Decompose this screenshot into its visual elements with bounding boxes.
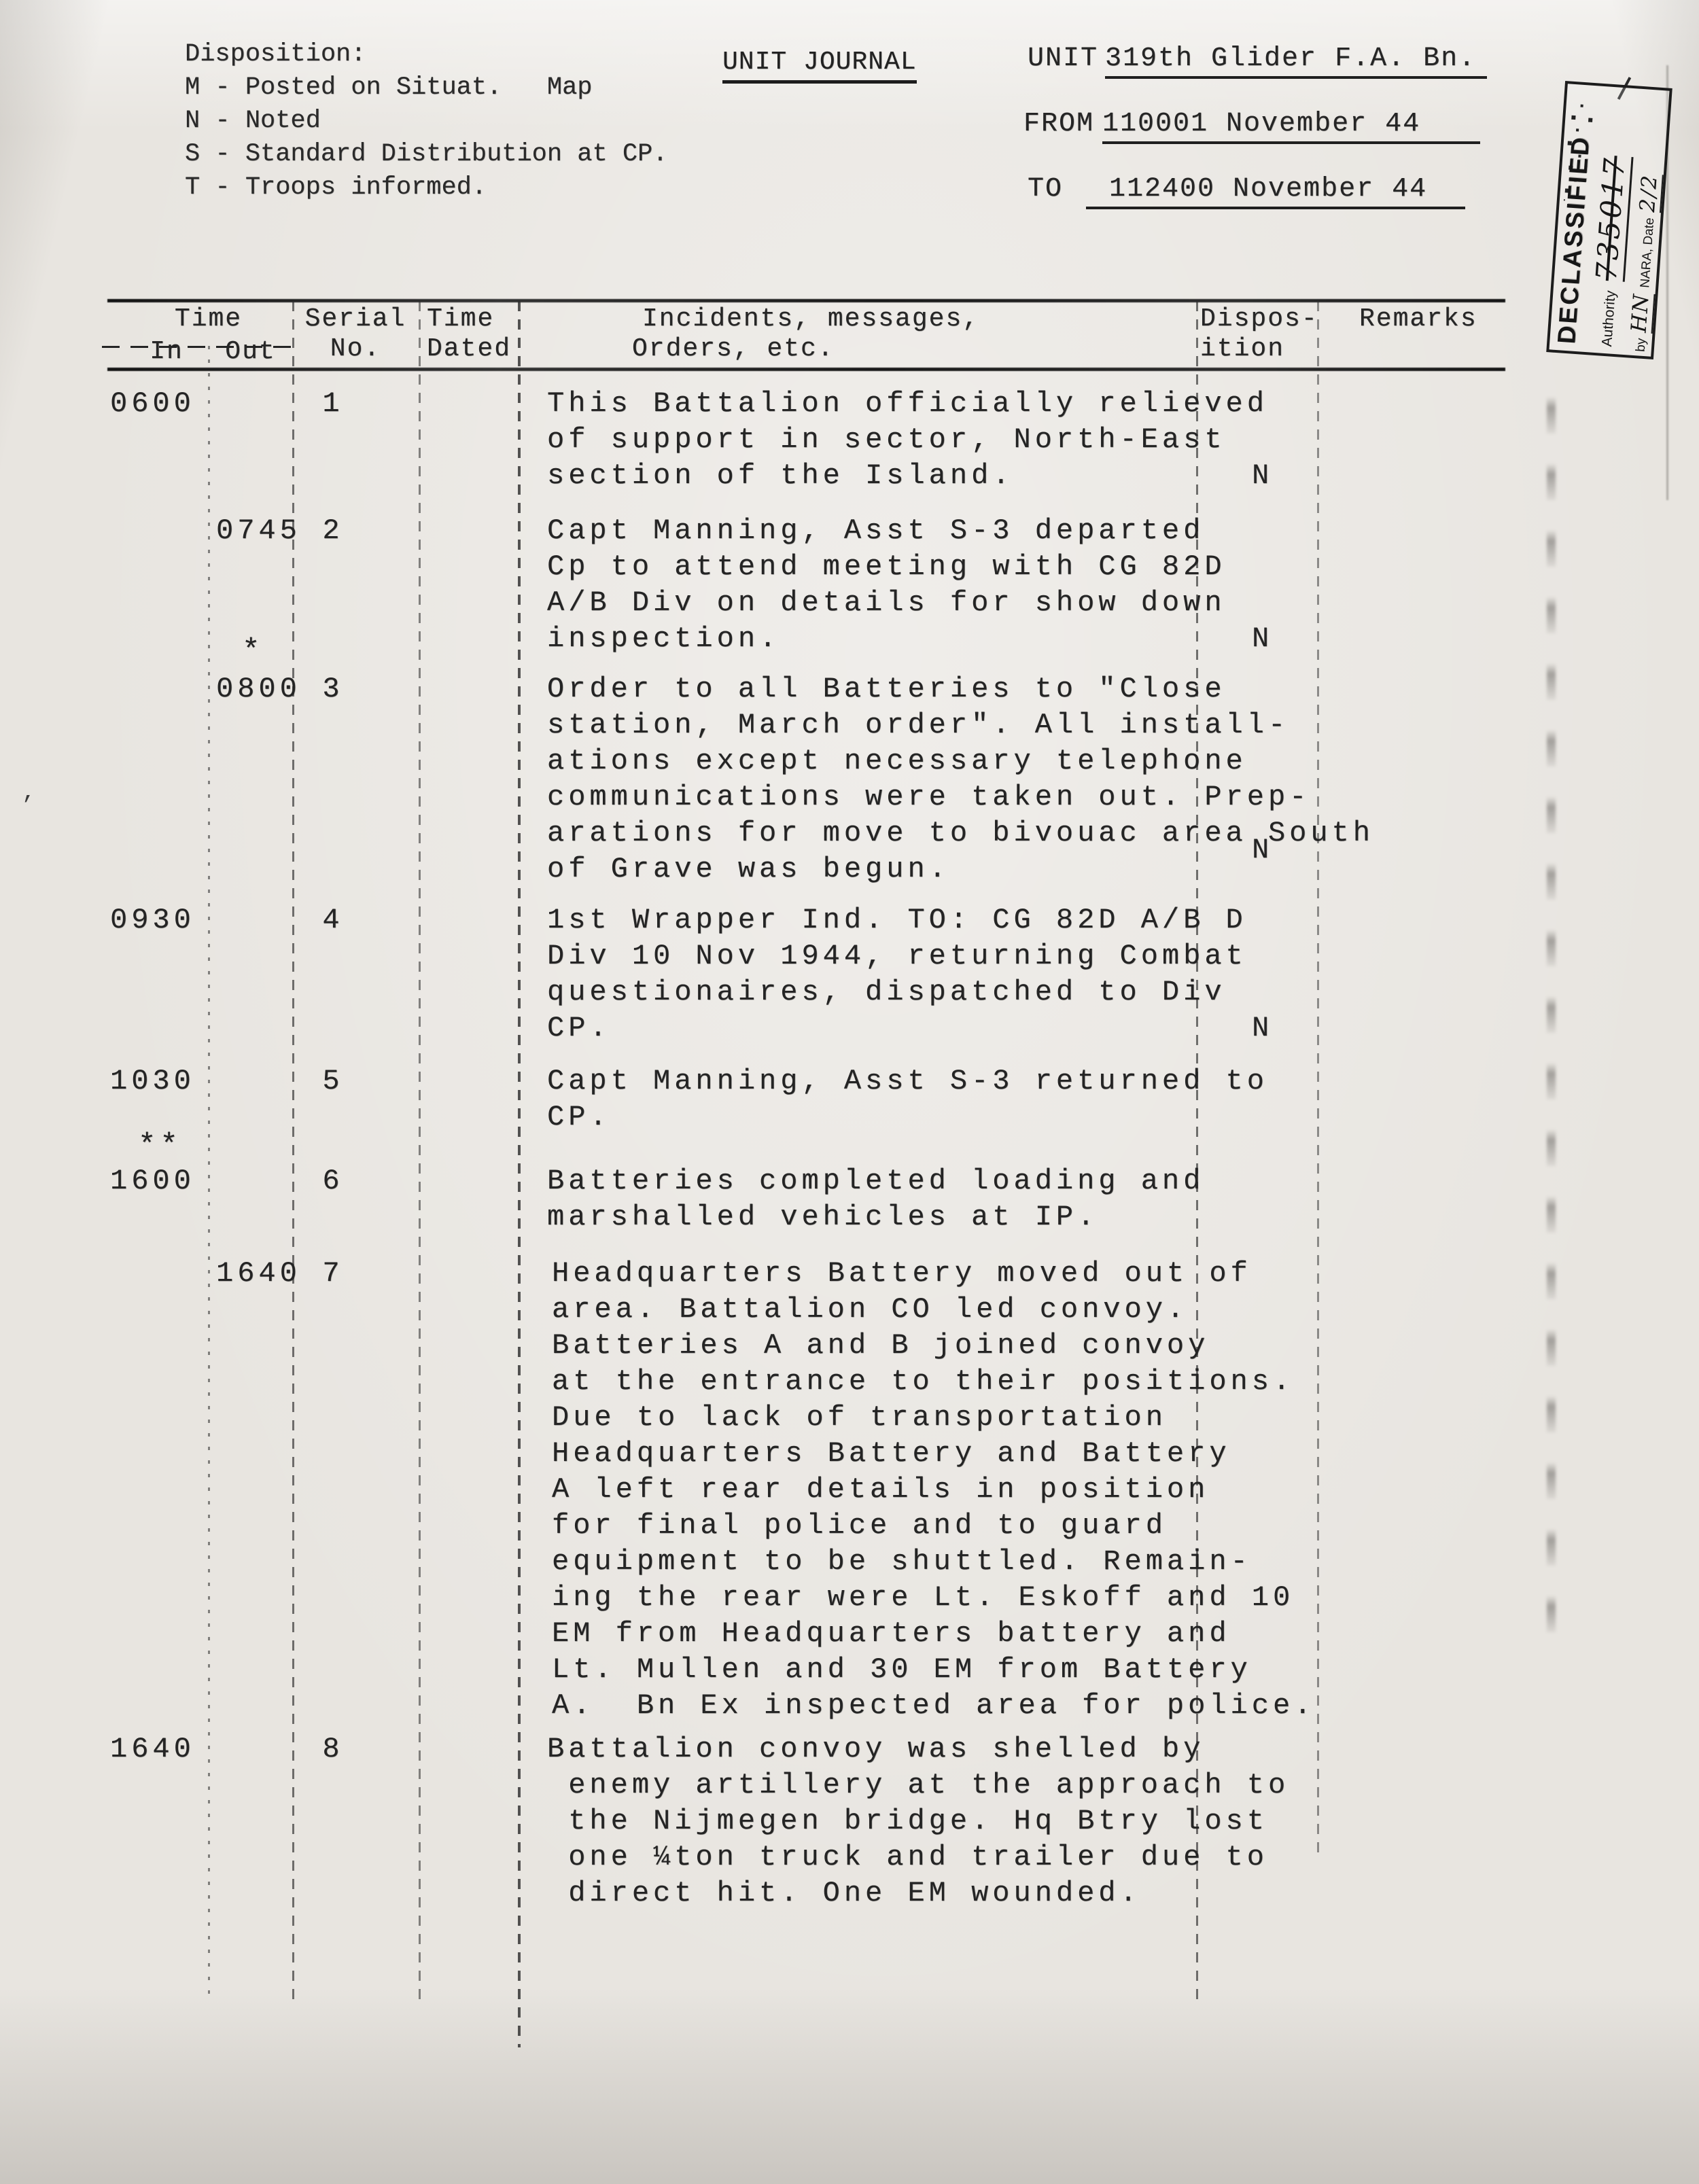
header-disposition-2: ition [1200, 334, 1284, 364]
stamp-by-line: byHNNARA, Date2/2 [1626, 168, 1663, 352]
entry-text: Battalion convoy was shelled by enemy ar… [547, 1731, 1289, 1912]
entry-text: Batteries completed loading and marshall… [547, 1163, 1204, 1235]
unit-value: 319th Glider F.A. Bn. [1105, 43, 1487, 79]
entry-disposition: N [1252, 621, 1273, 657]
entry-double-asterisk-mark: ** [138, 1128, 182, 1164]
header-disposition: Dispos- [1200, 304, 1318, 334]
stamp-authority-label: Authority [1599, 290, 1619, 347]
header-time: Time [124, 304, 292, 334]
entry-time-in: 0930 [110, 902, 195, 938]
entry-serial: 8 [307, 1731, 359, 1767]
header-time-dated: Time [427, 304, 494, 334]
legend-item-t: T - Troops informed. [185, 171, 668, 205]
scanned-document-page: { "document": { "legend": { "title": "Di… [0, 0, 1699, 2184]
to-value: 112400 November 44 [1086, 174, 1465, 209]
entry-disposition: N [1252, 458, 1273, 494]
entry-serial: 6 [307, 1163, 359, 1199]
header-in: In [124, 337, 209, 366]
stray-ink-mark: ’ [20, 794, 34, 820]
scan-crease [1547, 367, 1556, 1658]
to-label: TO [1028, 174, 1063, 205]
header-out: Out [209, 337, 292, 366]
header-time-dated-2: Dated [427, 334, 511, 364]
entry-time-out: 0800 [216, 671, 301, 707]
from-label: FROM [1023, 109, 1094, 139]
legend-item-s: S - Standard Distribution at CP. [185, 138, 668, 171]
entry-disposition: N [1252, 1010, 1273, 1046]
entry-disposition: N [1252, 832, 1273, 868]
entry-text: Headquarters Battery moved out of area. … [552, 1256, 1315, 1724]
entry-serial: 7 [307, 1256, 359, 1292]
header-serial-no: No. [292, 334, 419, 364]
entry-serial: 3 [307, 671, 359, 707]
header-incidents-2: Orders, etc. [632, 334, 835, 364]
entry-text: 1st Wrapper Ind. TO: CG 82D A/B D Div 10… [547, 902, 1247, 1046]
entry-asterisk-mark: * [242, 633, 264, 669]
entry-serial: 1 [307, 386, 359, 422]
disposition-legend: Disposition: M - Posted on Situat. Map N… [185, 38, 668, 205]
header-incidents: Incidents, messages, [642, 304, 979, 334]
entry-time-out: 1640 [216, 1256, 301, 1292]
column-rule-serial-dated [419, 301, 421, 2007]
unit-row: UNIT319th Glider F.A. Bn. [1028, 43, 1487, 79]
column-rule-disposition-remarks [1317, 301, 1319, 1857]
stamp-authority-number: 735017 [1590, 154, 1634, 282]
unit-label: UNIT [1028, 43, 1098, 74]
entry-time-in: 1030 [110, 1063, 195, 1099]
from-value: 110001 November 44 [1102, 109, 1480, 144]
entry-time-out: 0745 [216, 513, 301, 549]
column-rule-out-serial [292, 301, 294, 2007]
entry-text: This Battalion officially relieved of su… [547, 386, 1268, 494]
entry-time-in: 1640 [110, 1731, 195, 1767]
legend-item-n: N - Noted [185, 105, 668, 138]
entry-serial: 4 [307, 902, 359, 938]
header-remarks: Remarks [1359, 304, 1477, 334]
entry-text: Order to all Batteries to "Close station… [547, 671, 1374, 887]
entry-time-in: 0600 [110, 386, 195, 422]
column-rule-dated-incidents [518, 301, 521, 2047]
header-serial: Serial [292, 304, 419, 334]
stamp-date-value: 2/2 [1635, 173, 1664, 213]
entry-serial: 5 [307, 1063, 359, 1099]
to-row: TO112400 November 44 [1028, 174, 1465, 209]
from-row: FROM110001 November 44 [1023, 109, 1480, 144]
legend-title: Disposition: [185, 38, 668, 71]
page-title: UNIT JOURNAL [722, 48, 917, 84]
column-rule-in-out [208, 346, 210, 2004]
stamp-nara-label: NARA, Date [1638, 217, 1657, 289]
entry-serial: 2 [307, 513, 359, 549]
table-top-border [107, 299, 1505, 302]
entry-text: Capt Manning, Asst S-3 returned to CP. [547, 1063, 1268, 1135]
entry-time-in: 1600 [110, 1163, 195, 1199]
entry-text: Capt Manning, Asst S-3 departed Cp to at… [547, 513, 1226, 657]
legend-item-m: M - Posted on Situat. Map [185, 71, 668, 105]
declassified-stamp: DECLASSIFIED Authority735017 byHNNARA, D… [1546, 81, 1672, 359]
stamp-by-label: by [1634, 338, 1649, 352]
table-header-bottom-border [107, 368, 1505, 371]
stamp-by-initials: HN [1627, 292, 1656, 334]
